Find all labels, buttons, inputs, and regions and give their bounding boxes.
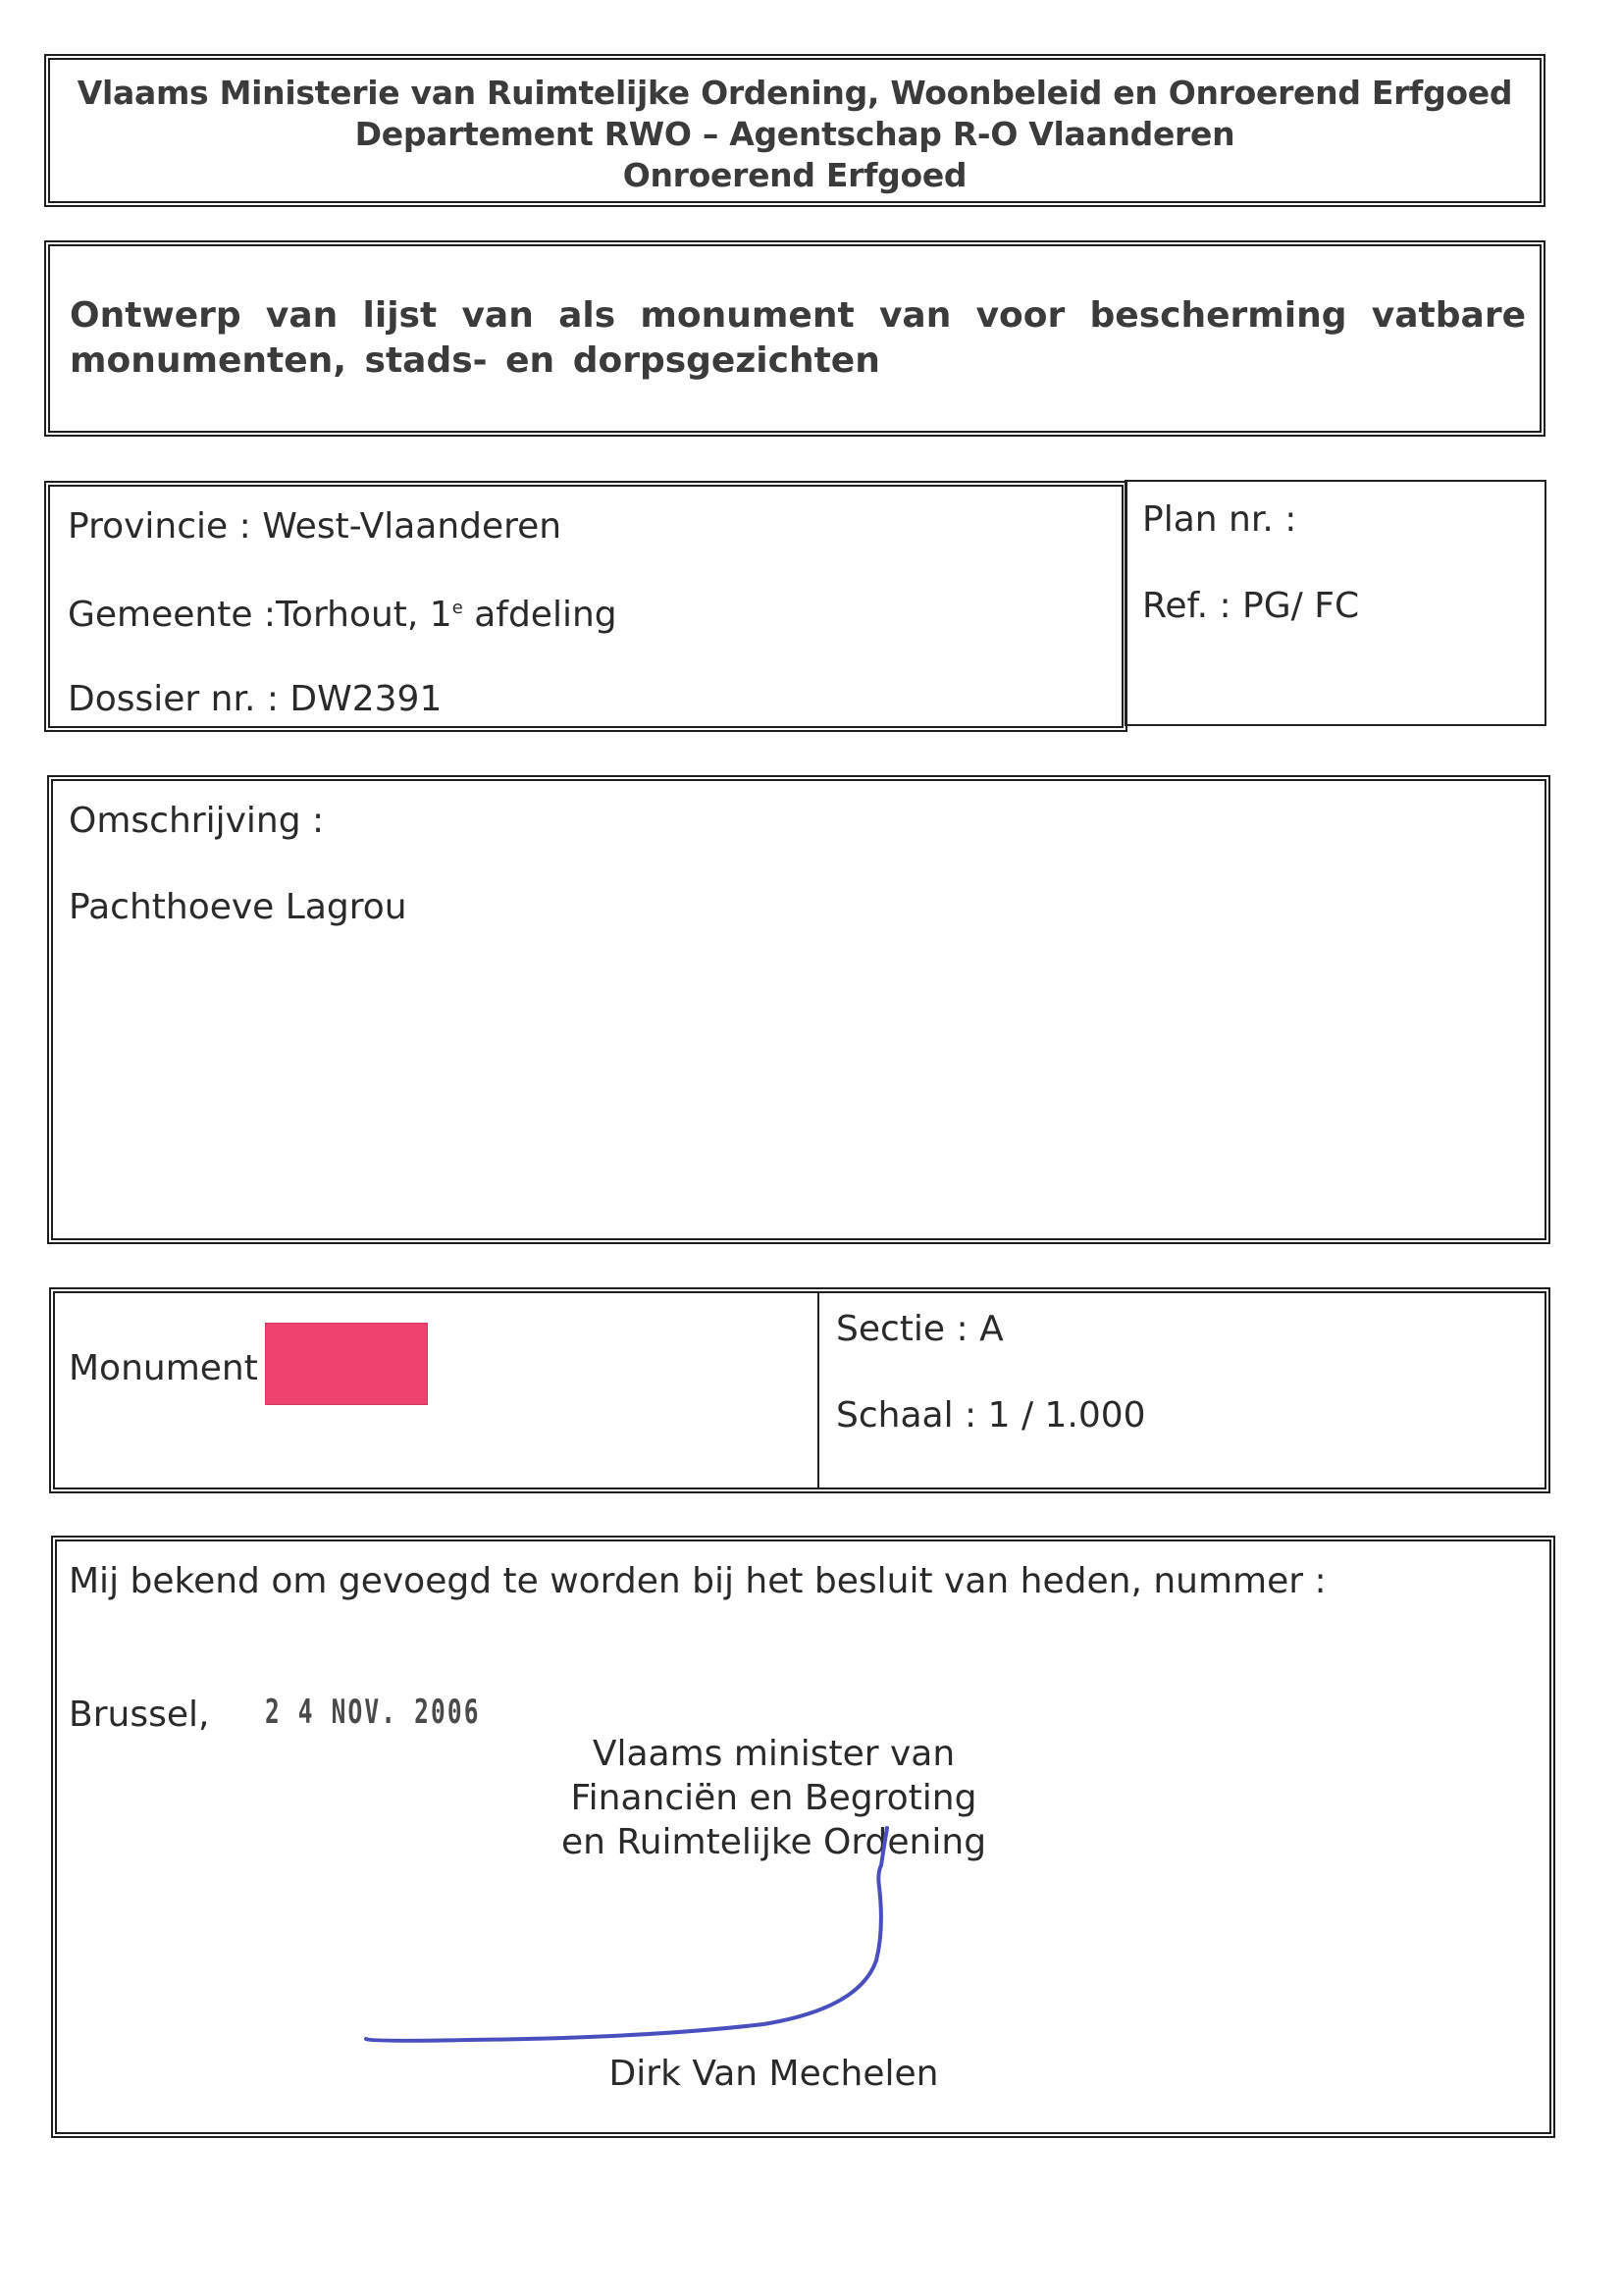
legend-divider bbox=[817, 1293, 819, 1487]
monument-legend-swatch bbox=[265, 1323, 428, 1405]
signature-stroke bbox=[57, 1541, 1549, 2132]
plan-number-field: Plan nr. : bbox=[1142, 499, 1296, 540]
gemeente-text: Gemeente :Torhout, 1 bbox=[68, 595, 452, 635]
reference-field: Ref. : PG/ FC bbox=[1142, 586, 1359, 626]
description-box: Omschrijving : Pachthoeve Lagrou bbox=[47, 775, 1550, 1244]
department-name: Departement RWO – Agentschap R-O Vlaande… bbox=[50, 115, 1540, 153]
provincie-field: Provincie : West-Vlaanderen bbox=[68, 506, 561, 547]
legend-box: Monument Sectie : A Schaal : 1 / 1.000 bbox=[49, 1287, 1550, 1493]
dossier-field: Dossier nr. : DW2391 bbox=[68, 679, 442, 719]
sectie-field: Sectie : A bbox=[836, 1309, 1004, 1349]
description-label: Omschrijving : bbox=[69, 801, 324, 841]
schaal-field: Schaal : 1 / 1.000 bbox=[836, 1395, 1146, 1435]
ministry-header-box: Vlaams Ministerie van Ruimtelijke Ordeni… bbox=[44, 54, 1545, 207]
agency-name: Onroerend Erfgoed bbox=[50, 156, 1540, 194]
gemeente-field: Gemeente :Torhout, 1e afdeling bbox=[68, 595, 617, 635]
monument-legend-label: Monument bbox=[69, 1348, 258, 1388]
gemeente-suffix: afdeling bbox=[463, 595, 617, 635]
document-title-box: Ontwerp van lijst van als monument van v… bbox=[44, 240, 1545, 437]
location-box: Provincie : West-Vlaanderen Gemeente :To… bbox=[44, 481, 1127, 732]
approval-box: Mij bekend om gevoegd te worden bij het … bbox=[51, 1536, 1555, 2138]
document-title: Ontwerp van lijst van als monument van v… bbox=[70, 293, 1526, 384]
plan-ref-box: Plan nr. : Ref. : PG/ FC bbox=[1125, 480, 1546, 726]
signatory-name: Dirk Van Mechelen bbox=[0, 2054, 1549, 2094]
description-value: Pachthoeve Lagrou bbox=[69, 887, 407, 927]
gemeente-superscript: e bbox=[452, 598, 463, 618]
ministry-name: Vlaams Ministerie van Ruimtelijke Ordeni… bbox=[50, 74, 1540, 112]
